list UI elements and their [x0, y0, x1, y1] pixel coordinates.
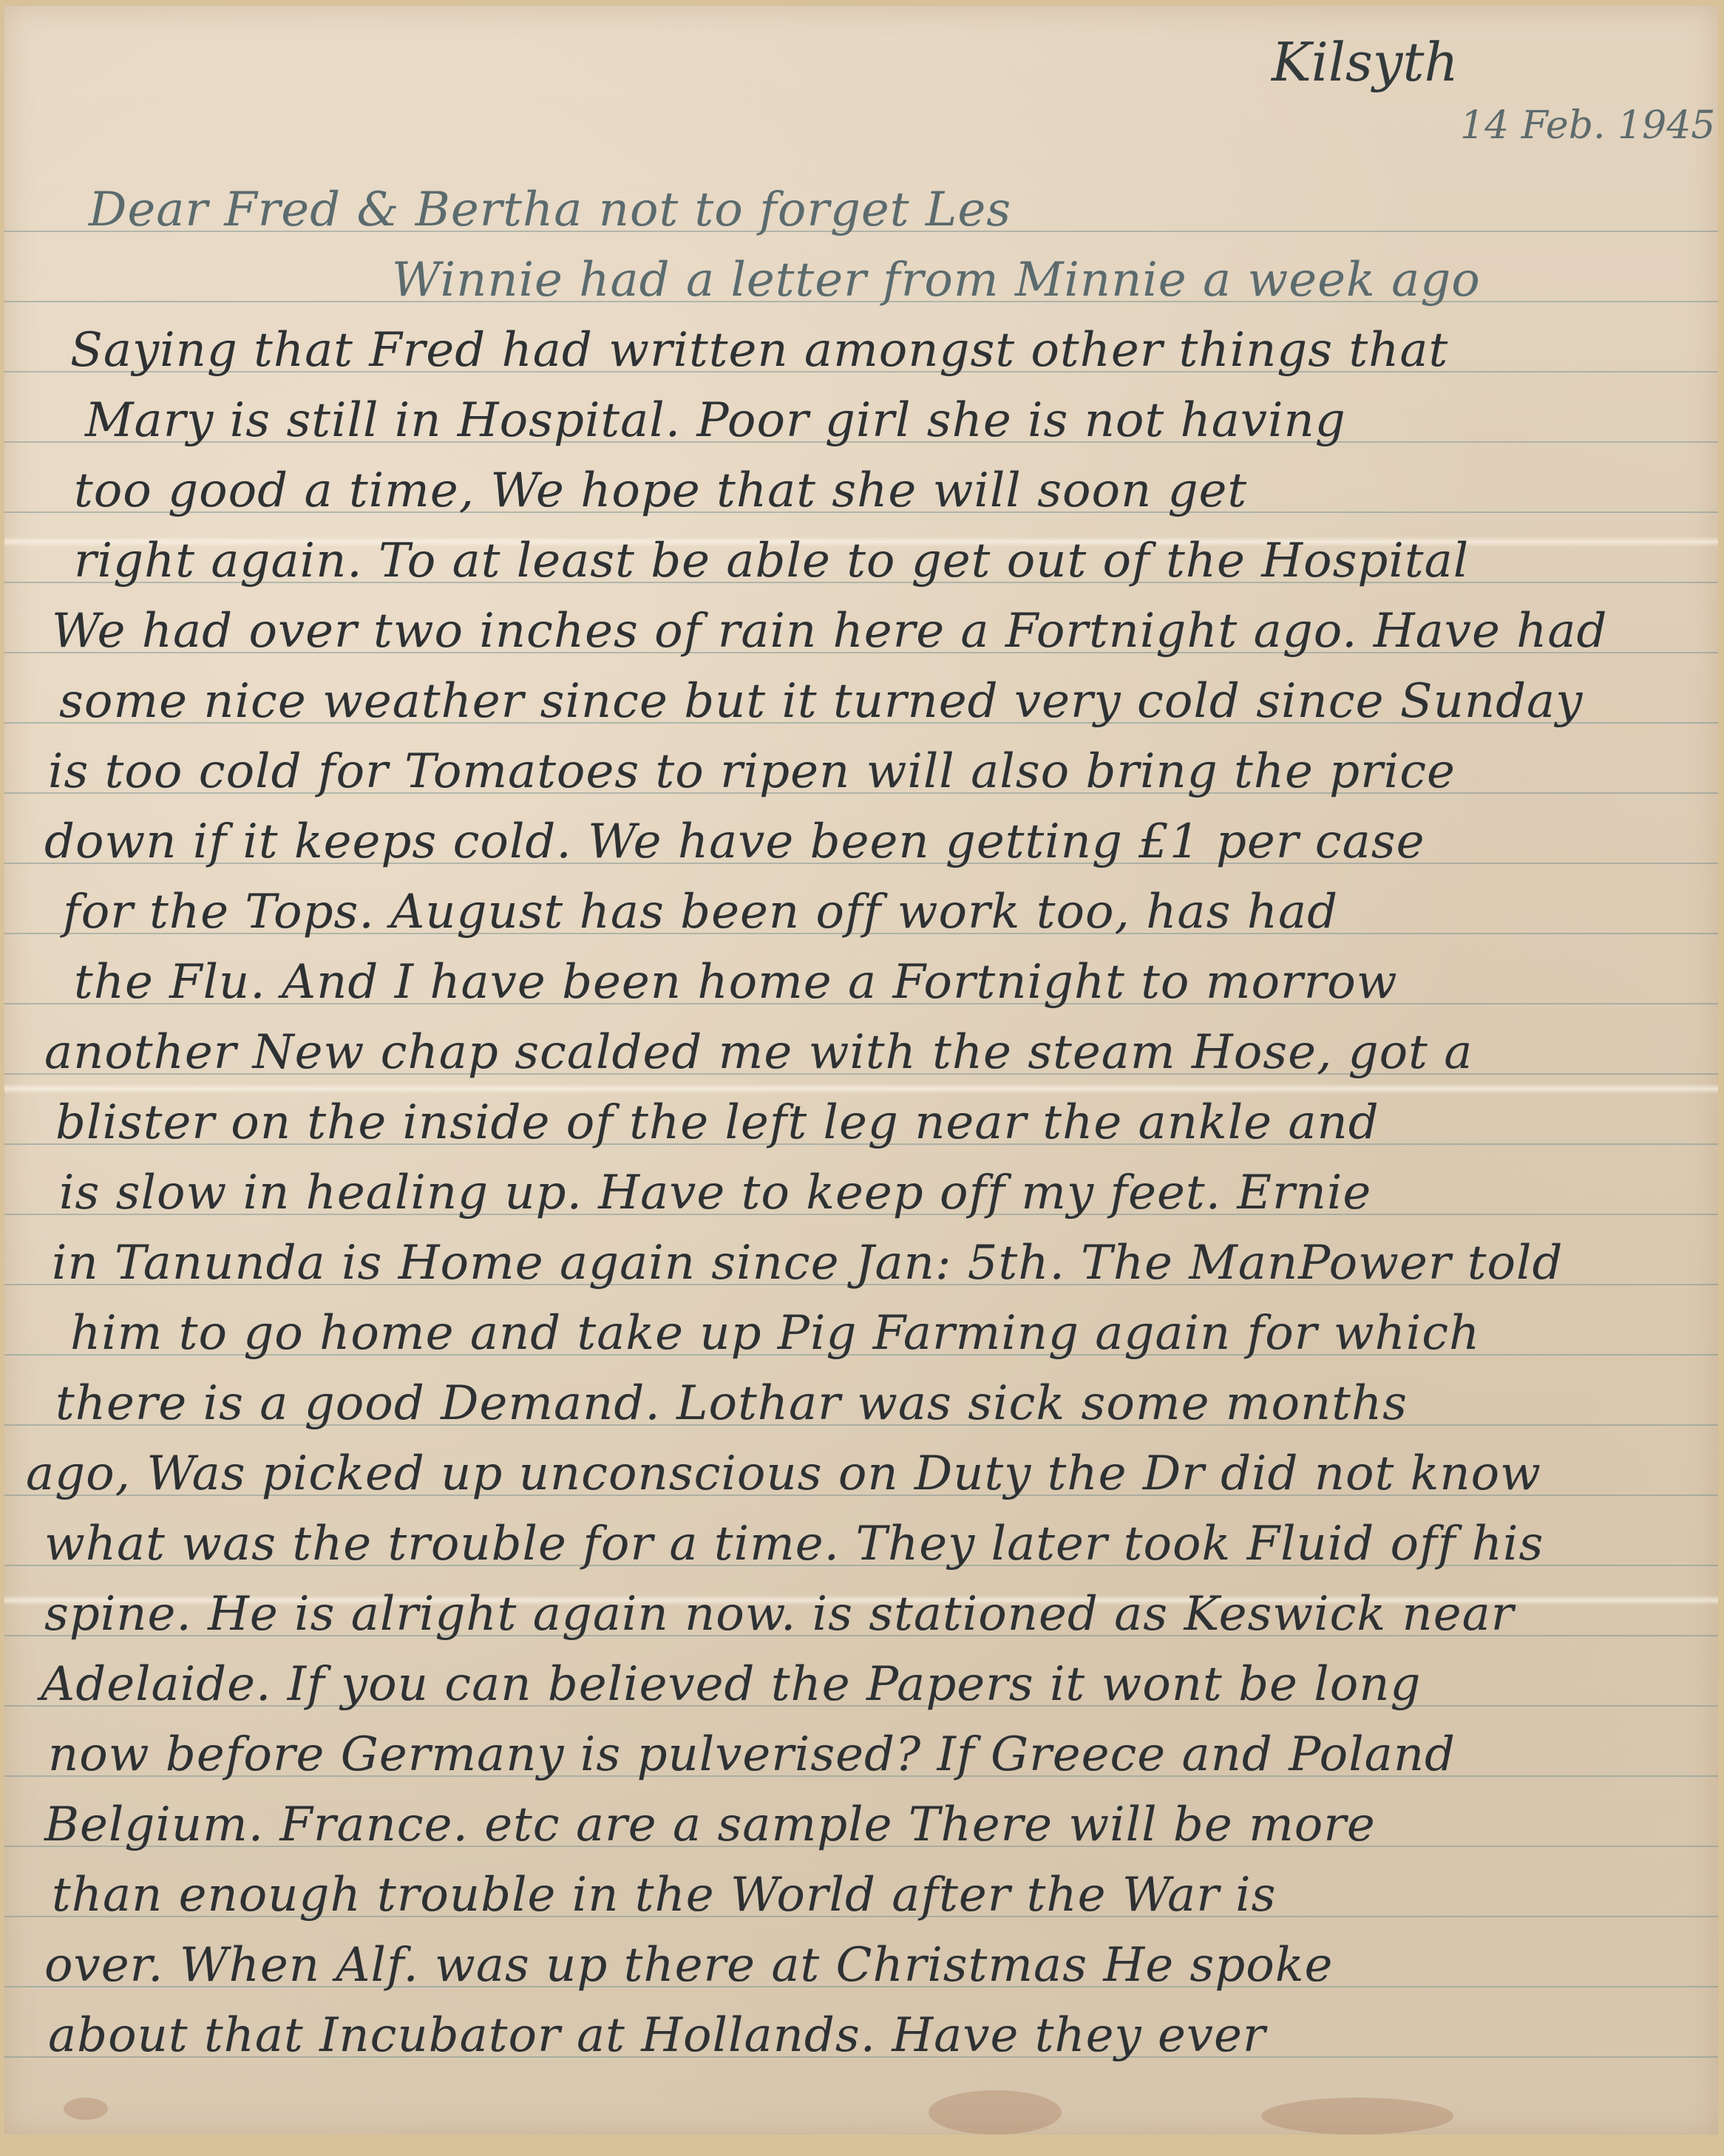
paper-fold: [4, 1084, 1718, 1094]
letter-line: too good a time, We hope that she will s…: [74, 467, 1247, 514]
letter-line: about that Incubator at Hollands. Have t…: [48, 2012, 1266, 2059]
letter-salutation: Dear Fred & Bertha not to forget Les: [89, 186, 1011, 234]
letter-line: Winnie had a letter from Minnie a week a…: [392, 256, 1481, 304]
letter-line: the Flu. And I have been home a Fortnigh…: [74, 959, 1398, 1006]
letter-line: Belgium. France. etc are a sample There …: [44, 1801, 1376, 1849]
letter-line: in Tanunda is Home again since Jan: 5th.…: [52, 1239, 1563, 1287]
letter-line: down if it keeps cold. We have been gett…: [44, 818, 1425, 866]
paper-stain: [1261, 2098, 1453, 2135]
letter-line: some nice weather since but it turned ve…: [59, 678, 1583, 725]
letter-line: Mary is still in Hospital. Poor girl she…: [85, 397, 1346, 444]
letter-line: blister on the inside of the left leg ne…: [55, 1099, 1379, 1146]
letter-line: We had over two inches of rain here a Fo…: [52, 608, 1608, 655]
letter-line: another New chap scalded me with the ste…: [44, 1029, 1473, 1076]
letter-line: right again. To at least be able to get …: [74, 537, 1469, 585]
letter-place: Kilsyth: [1272, 31, 1459, 93]
letter-line: is too cold for Tomatoes to ripen will a…: [48, 748, 1456, 795]
letter-line: Adelaide. If you can believed the Papers…: [41, 1661, 1421, 1708]
letter-line: than enough trouble in the World after t…: [52, 1871, 1276, 1919]
letter-line: over. When Alf. was up there at Christma…: [44, 1942, 1333, 1989]
letter-line: now before Germany is pulverised? If Gre…: [48, 1731, 1456, 1778]
letter-line: is slow in healing up. Have to keep off …: [59, 1169, 1371, 1217]
letter-line: what was the trouble for a time. They la…: [44, 1520, 1544, 1568]
letter-line: Saying that Fred had written amongst oth…: [70, 327, 1448, 374]
letter-line: spine. He is alright again now. is stati…: [44, 1591, 1514, 1638]
letter-line: ago, Was picked up unconscious on Duty t…: [26, 1450, 1541, 1497]
paper-stain: [929, 2090, 1062, 2135]
letter-date: 14 Feb. 1945: [1460, 103, 1715, 148]
letter-line: him to go home and take up Pig Farming a…: [70, 1310, 1480, 1357]
paper-stain: [64, 2098, 108, 2120]
letter-line: for the Tops. August has been off work t…: [63, 888, 1338, 936]
letter-line: there is a good Demand. Lothar was sick …: [55, 1380, 1408, 1427]
